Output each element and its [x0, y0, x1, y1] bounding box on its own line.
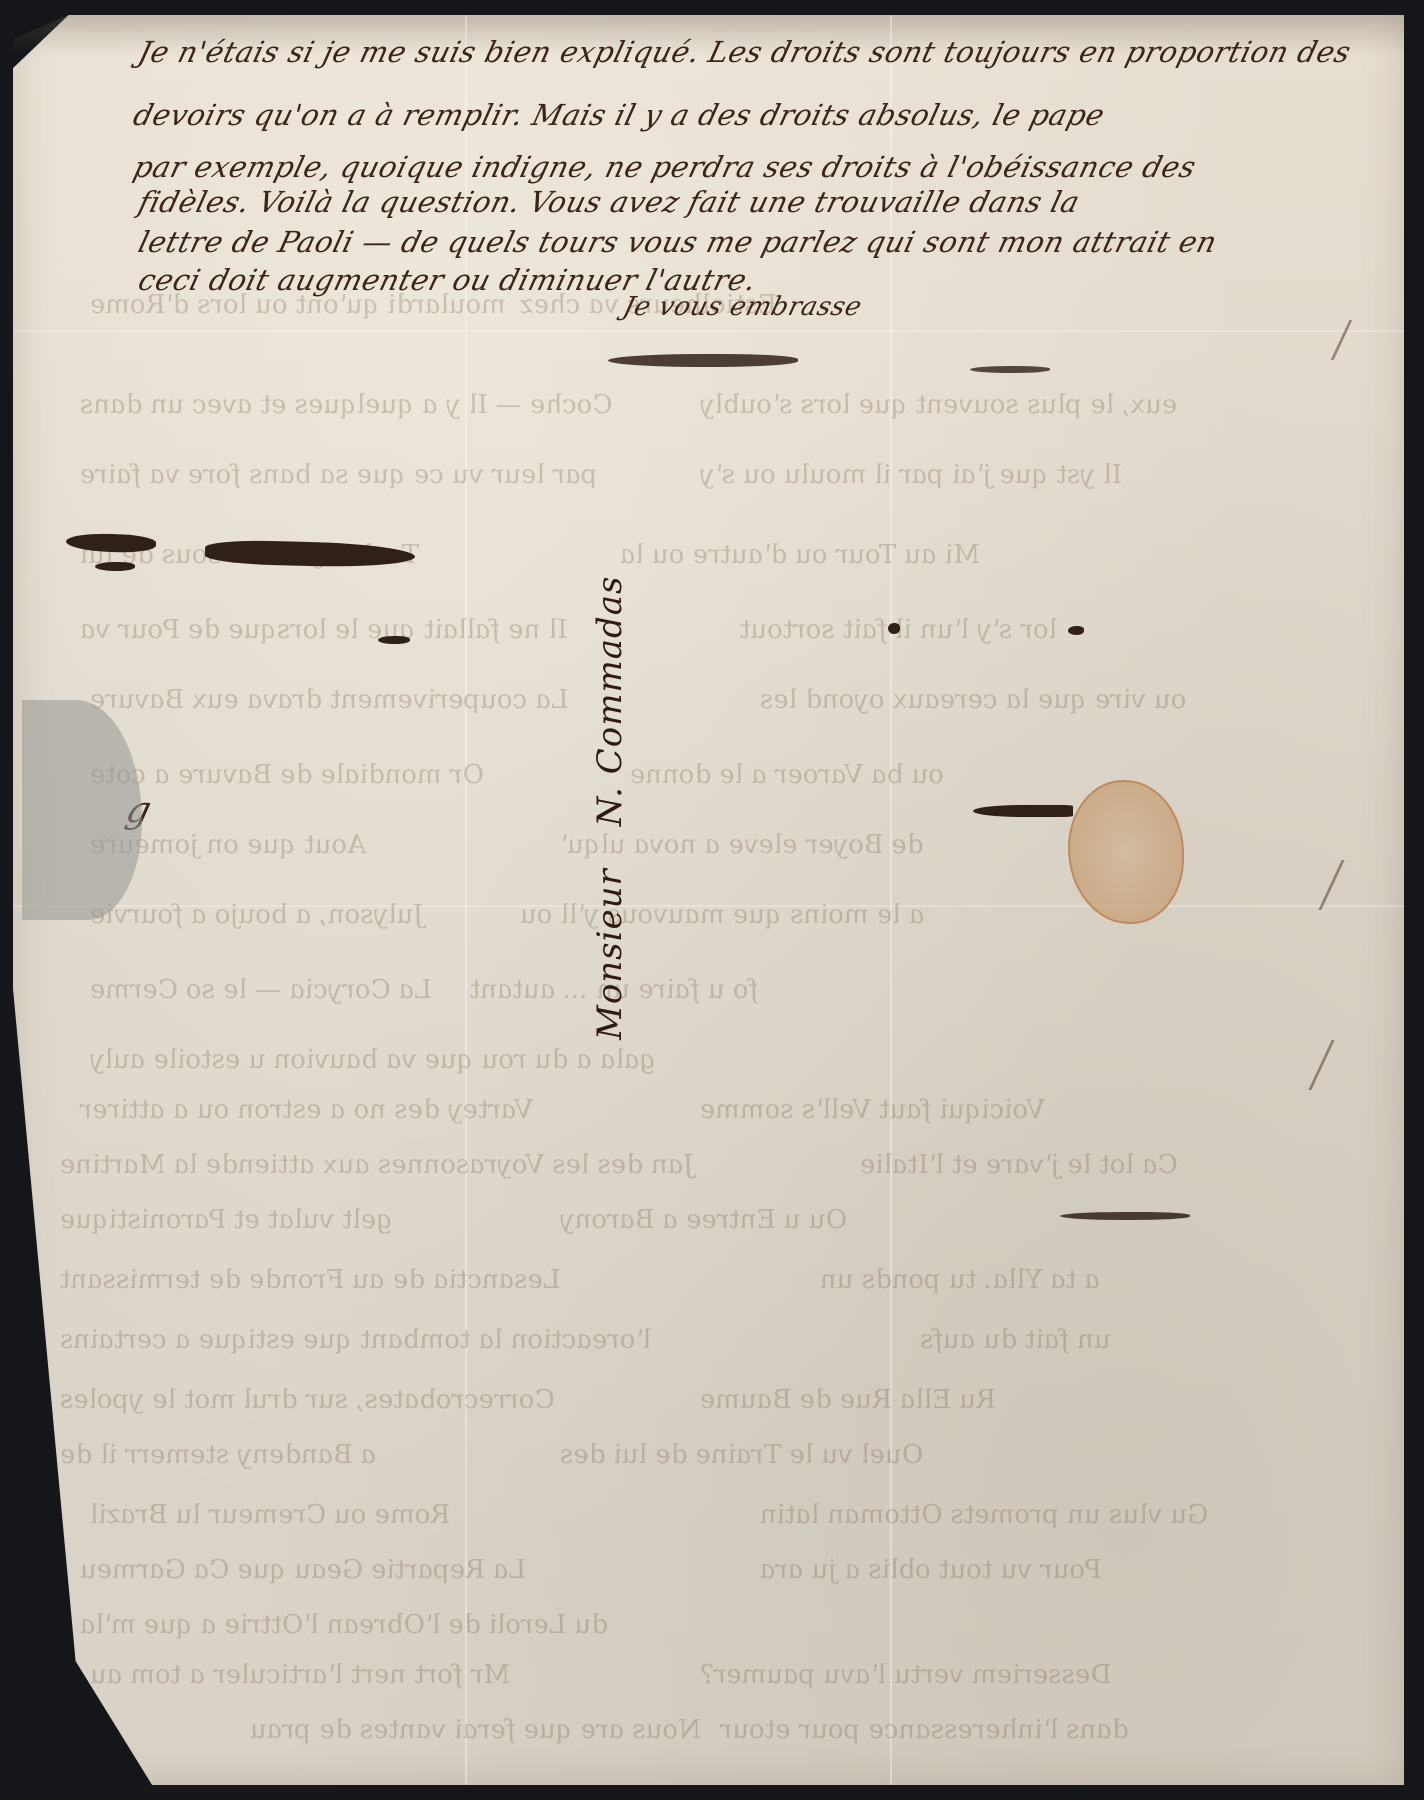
letter-line: devoirs qu'on a à remplir. Mais il y a d… — [130, 98, 1108, 132]
ink-blot — [378, 636, 410, 644]
horizontal-fold-line — [13, 330, 1404, 332]
ink-blot — [888, 623, 900, 634]
ink-strike — [608, 354, 798, 367]
address-salutation: Monsieur — [590, 868, 630, 1040]
letter-line: fidèles. Voilà la question. Vous avez fa… — [135, 185, 1083, 219]
recipient-address: Monsieur N. Commadas — [590, 540, 650, 1040]
letter-line: lettre de Paoli — de quels tours vous me… — [135, 225, 1221, 259]
address-name: N. Commadas — [590, 575, 630, 826]
ink-strike — [973, 805, 1073, 817]
closing-line: Je vous embrasse — [620, 292, 865, 322]
ink-strike — [1060, 1212, 1190, 1220]
letter-line: par exemple, quoique indigne, ne perdra … — [130, 150, 1200, 184]
ink-blot — [1068, 626, 1084, 635]
letter-line: Je n'étais si je me suis bien expliqué. … — [135, 35, 1354, 69]
ink-strike — [970, 366, 1050, 373]
ink-blot — [95, 562, 135, 571]
